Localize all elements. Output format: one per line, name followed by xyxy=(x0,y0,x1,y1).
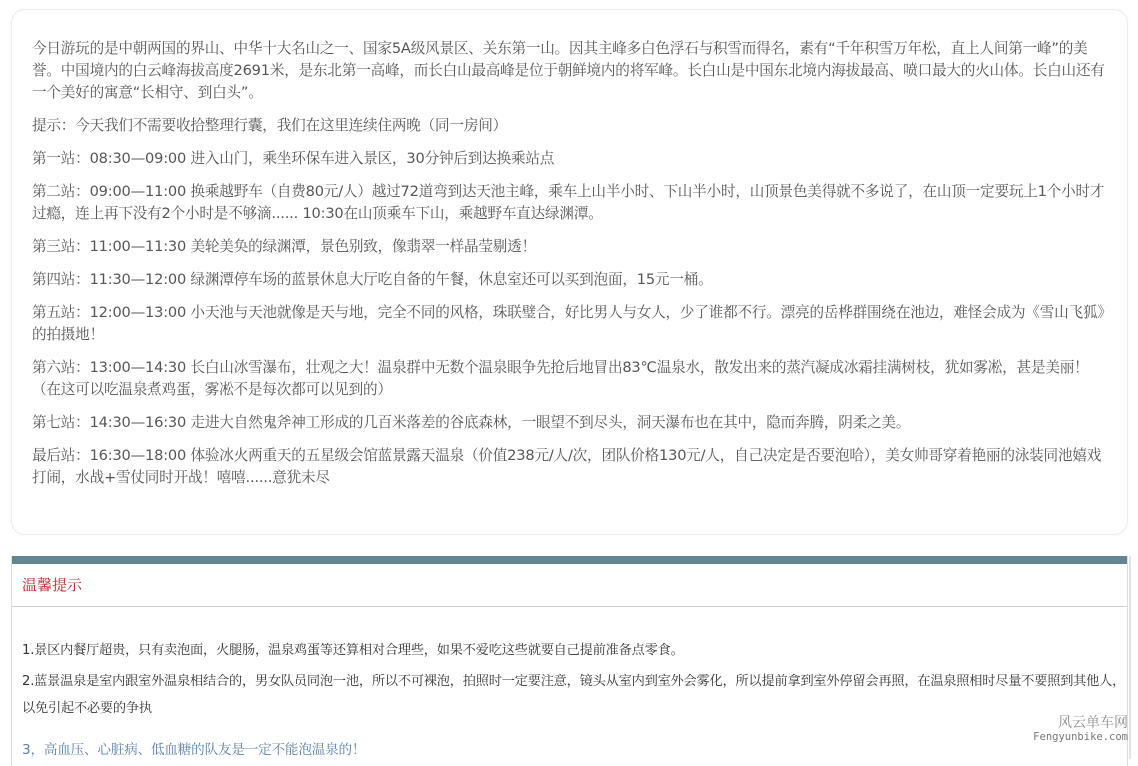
itinerary-stop-2: 第二站：09:00—11:00 换乘越野车（自费80元/人）越过72道弯到达天池… xyxy=(32,181,1107,225)
tip-item: 2.蓝景温泉是室内跟室外温泉相结合的，男女队员同泡一池，所以不可裸泡，拍照时一定… xyxy=(22,668,1127,722)
tips-body: 1.景区内餐厅超贵，只有卖泡面，火腿肠，温泉鸡蛋等还算相对合理些，如果不爱吃这些… xyxy=(12,607,1127,759)
tips-title: 温馨提示 xyxy=(22,576,82,594)
itinerary-stop-6: 第六站：13:00—14:30 长白山冰雪瀑布，壮观之大！温泉群中无数个温泉眼争… xyxy=(32,357,1107,401)
tip-item: 1.景区内餐厅超贵，只有卖泡面，火腿肠，温泉鸡蛋等还算相对合理些，如果不爱吃这些… xyxy=(22,637,1127,664)
itinerary-stop-1: 第一站：08:30—09:00 进入山门，乘坐环保车进入景区，30分钟后到达换乘… xyxy=(32,148,1107,170)
itinerary-stop-7: 第七站：14:30—16:30 走进大自然鬼斧神工形成的几百米落差的谷底森林，一… xyxy=(32,412,1107,434)
itinerary-card: 今日游玩的是中朝两国的界山、中华十大名山之一、国家5A级风景区、关东第一山。因其… xyxy=(11,9,1128,535)
watermark-name-en: Fengyunbike.com xyxy=(1033,730,1128,744)
itinerary-stop-3: 第三站：11:00—11:30 美轮美奂的绿渊潭，景色别致，像翡翠一样晶莹剔透！ xyxy=(32,236,1107,258)
itinerary-notice: 提示：今天我们不需要收拾整理行囊，我们在这里连续住两晚（同一房间） xyxy=(32,115,1107,137)
itinerary-intro: 今日游玩的是中朝两国的界山、中华十大名山之一、国家5A级风景区、关东第一山。因其… xyxy=(32,38,1107,104)
site-watermark: 风云单车网 Fengyunbike.com xyxy=(1033,716,1128,744)
itinerary-stop-final: 最后站：16:30—18:00 体验冰火两重天的五星级会馆蓝景露天温泉（价值23… xyxy=(32,445,1107,489)
itinerary-stop-4: 第四站：11:30—12:00 绿渊潭停车场的蓝景休息大厅吃自备的午餐，休息室还… xyxy=(32,269,1107,291)
watermark-name-cn: 风云单车网 xyxy=(1033,716,1128,730)
itinerary-stop-5: 第五站：12:00—13:00 小天池与天池就像是天与地，完全不同的风格，珠联璧… xyxy=(32,302,1107,346)
tips-header: 温馨提示 xyxy=(12,564,1127,607)
tip-item-highlight: 3，高血压、心脏病、低血糖的队友是一定不能泡温泉的！ xyxy=(22,737,1127,759)
tips-panel: 温馨提示 1.景区内餐厅超贵，只有卖泡面，火腿肠，温泉鸡蛋等还算相对合理些，如果… xyxy=(11,556,1128,759)
page-edge-divider xyxy=(1129,556,1131,759)
tips-panel-topbar xyxy=(12,556,1127,564)
